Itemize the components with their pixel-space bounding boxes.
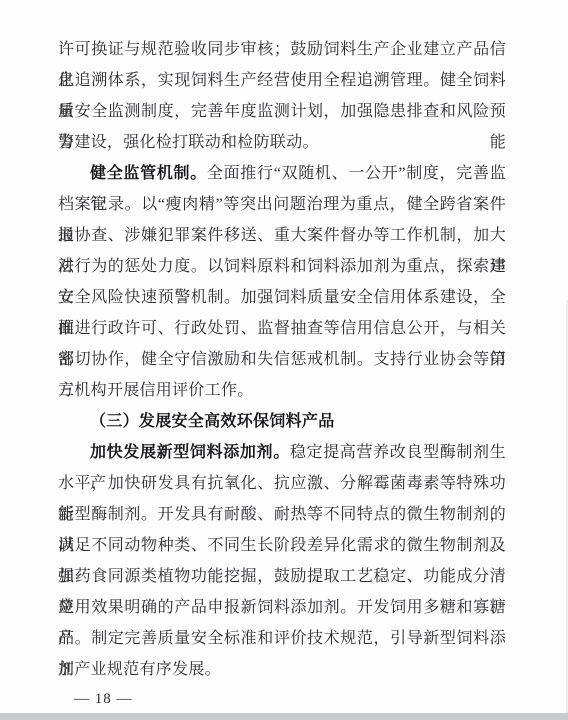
text-line: 满足不同动物种类、不同生长阶段差异化需求的微生物制剂。加 (58, 530, 506, 561)
text-line: 报协查、涉嫌犯罪案件移送、重大案件督办等工作机制，加大对违 (58, 220, 506, 251)
bold-text-segment: 健全监管机制。 (90, 165, 207, 182)
text-line: 密切协作，健全守信激励和失信惩戒机制。支持行业协会等第三 (58, 344, 506, 375)
text-line: 健全监管机制。全面推行“双随机、一公开”制度，完善监管 (58, 158, 506, 189)
document-body: 许可换证与规范验收同步审核；鼓励饲料生产企业建立产品信息化追溯体系，实现饲料生产… (58, 34, 506, 685)
text-segment: 剂产业规范有序发展。 (58, 661, 221, 678)
text-line: 新型酶制剂。开发具有耐酸、耐热等不同特点的微生物制剂，以及 (58, 499, 506, 530)
bold-text-segment: 加快发展新型饲料添加剂。 (90, 444, 290, 461)
text-line: 安全风险快速预警机制。加强饲料质量安全信用体系建设，全面 (58, 282, 506, 313)
document-page: 许可换证与规范验收同步审核；鼓励饲料生产企业建立产品信息化追溯体系，实现饲料生产… (0, 0, 568, 720)
text-line: 档案记录。以“瘦肉精”等突出问题治理为重点，健全跨省案件通 (58, 189, 506, 220)
text-line: 应用效果明确的产品申报新饲料添加剂。开发饲用多糖和寡糖产 (58, 592, 506, 623)
text-line: 加快发展新型饲料添加剂。稳定提高营养改良型酶制剂生产 (58, 437, 506, 468)
text-line: 品。制定完善质量安全标准和评价技术规范，引导新型饲料添加 (58, 623, 506, 654)
scan-edge-bottom (0, 713, 568, 720)
text-line: （三）发展安全高效环保饲料产品 (58, 406, 506, 437)
text-line: 法行为的惩处力度。以饲料原料和饲料添加剂为重点，探索建立 (58, 251, 506, 282)
text-line: 水平，加快研发具有抗氧化、抗应激、分解霉菌毒素等特殊功能的 (58, 468, 506, 499)
text-line: 方机构开展信用评价工作。 (58, 375, 506, 406)
text-line: 化追溯体系，实现饲料生产经营使用全程追溯管理。健全饲料质 (58, 65, 506, 96)
text-line: 推进行政许可、行政处罚、监督抽查等信用信息公开，与相关部门 (58, 313, 506, 344)
text-segment: 力建设，强化检打联动和检防联动。 (58, 134, 319, 151)
page-number: — 18 — (74, 691, 133, 708)
text-line: 许可换证与规范验收同步审核；鼓励饲料生产企业建立产品信息 (58, 34, 506, 65)
text-line: 量安全监测制度，完善年度监测计划，加强隐患排查和风险预警能 (58, 96, 506, 127)
text-line: 剂产业规范有序发展。 (58, 654, 506, 685)
text-line: 强药食同源类植物功能挖掘，鼓励提取工艺稳定、功能成分清楚、 (58, 561, 506, 592)
bold-text-segment: （三）发展安全高效环保饲料产品 (90, 413, 335, 430)
text-segment: 方机构开展信用评价工作。 (58, 382, 254, 399)
